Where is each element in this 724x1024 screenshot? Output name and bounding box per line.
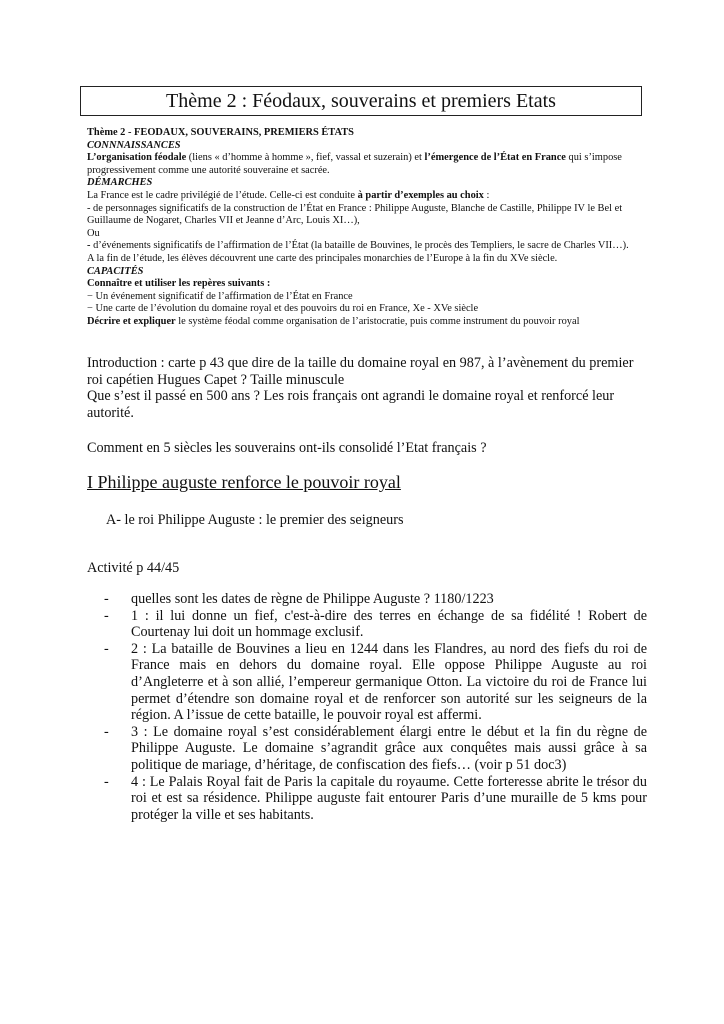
- list-item-text: 2 : La bataille de Bouvines a lieu en 12…: [131, 641, 647, 723]
- connaissances-bold-1: L’organisation féodale: [87, 152, 186, 163]
- activite-list: -quelles sont les dates de règne de Phil…: [87, 591, 647, 823]
- activite: Activité p 44/45 -quelles sont les dates…: [87, 546, 647, 823]
- list-item-text: quelles sont les dates de règne de Phili…: [131, 591, 494, 607]
- introduction: Introduction : carte p 43 que dire de la…: [87, 355, 647, 421]
- demarches-carte: A la fin de l’étude, les élèves découvre…: [87, 253, 647, 266]
- bullet: -: [104, 641, 109, 658]
- introduction-line-1: Introduction : carte p 43 que dire de la…: [87, 355, 647, 388]
- subsection-heading: A- le roi Philippe Auguste : le premier …: [106, 512, 403, 529]
- capacites-item: − Une carte de l’évolution du domaine ro…: [87, 303, 647, 316]
- list-item: -1 : il lui donne un fief, c'est-à-dire …: [87, 608, 647, 641]
- connaissances-bold-2: l’émergence de l’État en France: [425, 152, 566, 163]
- list-item: -quelles sont les dates de règne de Phil…: [87, 591, 647, 608]
- section-heading: I Philippe auguste renforce le pouvoir r…: [87, 472, 401, 493]
- problematique: Comment en 5 siècles les souverains ont-…: [87, 440, 647, 457]
- capacites-item: − Un événement significatif de l’affirma…: [87, 291, 647, 304]
- programme-heading: Thème 2 - FEODAUX, SOUVERAINS, PREMIERS …: [87, 127, 647, 140]
- bullet: -: [104, 774, 109, 791]
- list-item-text: 3 : Le domaine royal s’est considérablem…: [131, 724, 647, 773]
- programme-block: Thème 2 - FEODAUX, SOUVERAINS, PREMIERS …: [87, 127, 647, 329]
- list-item: -4 : Le Palais Royal fait de Paris la ca…: [87, 774, 647, 824]
- introduction-line-2: Que s’est il passé en 500 ans ? Les rois…: [87, 388, 647, 421]
- demarches-text-1: La France est le cadre privilégié de l’é…: [87, 190, 358, 201]
- list-item: -3 : Le domaine royal s’est considérable…: [87, 724, 647, 774]
- decrire-text: le système féodal comme organisation de …: [176, 316, 580, 327]
- decrire-expliquer: Décrire et expliquer le système féodal c…: [87, 316, 647, 329]
- capacites-heading: Connaître et utiliser les repères suivan…: [87, 278, 647, 291]
- demarches-evenements-text: d’événements significatifs de l’affirmat…: [90, 240, 628, 251]
- activite-label: Activité p 44/45: [87, 560, 647, 577]
- connaissances-text: L’organisation féodale (liens « d’homme …: [87, 152, 647, 177]
- demarches-evenements: - d’événements significatifs de l’affirm…: [87, 240, 647, 253]
- connaissances-text-1: (liens « d’homme à homme », fief, vassal…: [186, 152, 424, 163]
- demarches-text-1b: :: [484, 190, 490, 201]
- list-item-text: 1 : il lui donne un fief, c'est-à-dire d…: [131, 608, 647, 641]
- list-item: -2 : La bataille de Bouvines a lieu en 1…: [87, 641, 647, 724]
- bullet: -: [104, 608, 109, 625]
- bullet: -: [104, 591, 109, 608]
- demarches-label: DÉMARCHES: [87, 177, 647, 190]
- demarches-ou: Ou: [87, 228, 647, 241]
- demarches-intro: La France est le cadre privilégié de l’é…: [87, 190, 647, 203]
- list-item-text: 4 : Le Palais Royal fait de Paris la cap…: [131, 774, 647, 823]
- decrire-bold: Décrire et expliquer: [87, 316, 176, 327]
- demarches-personnages: - de personnages significatifs de la con…: [87, 203, 647, 228]
- demarches-bold-1: à partir d’exemples au choix: [358, 190, 484, 201]
- connaissances-label: CONNNAISSANCES: [87, 140, 647, 153]
- capacites-label: CAPACITÉS: [87, 266, 647, 279]
- bullet: -: [104, 724, 109, 741]
- page-title: Thème 2 : Féodaux, souverains et premier…: [80, 86, 642, 116]
